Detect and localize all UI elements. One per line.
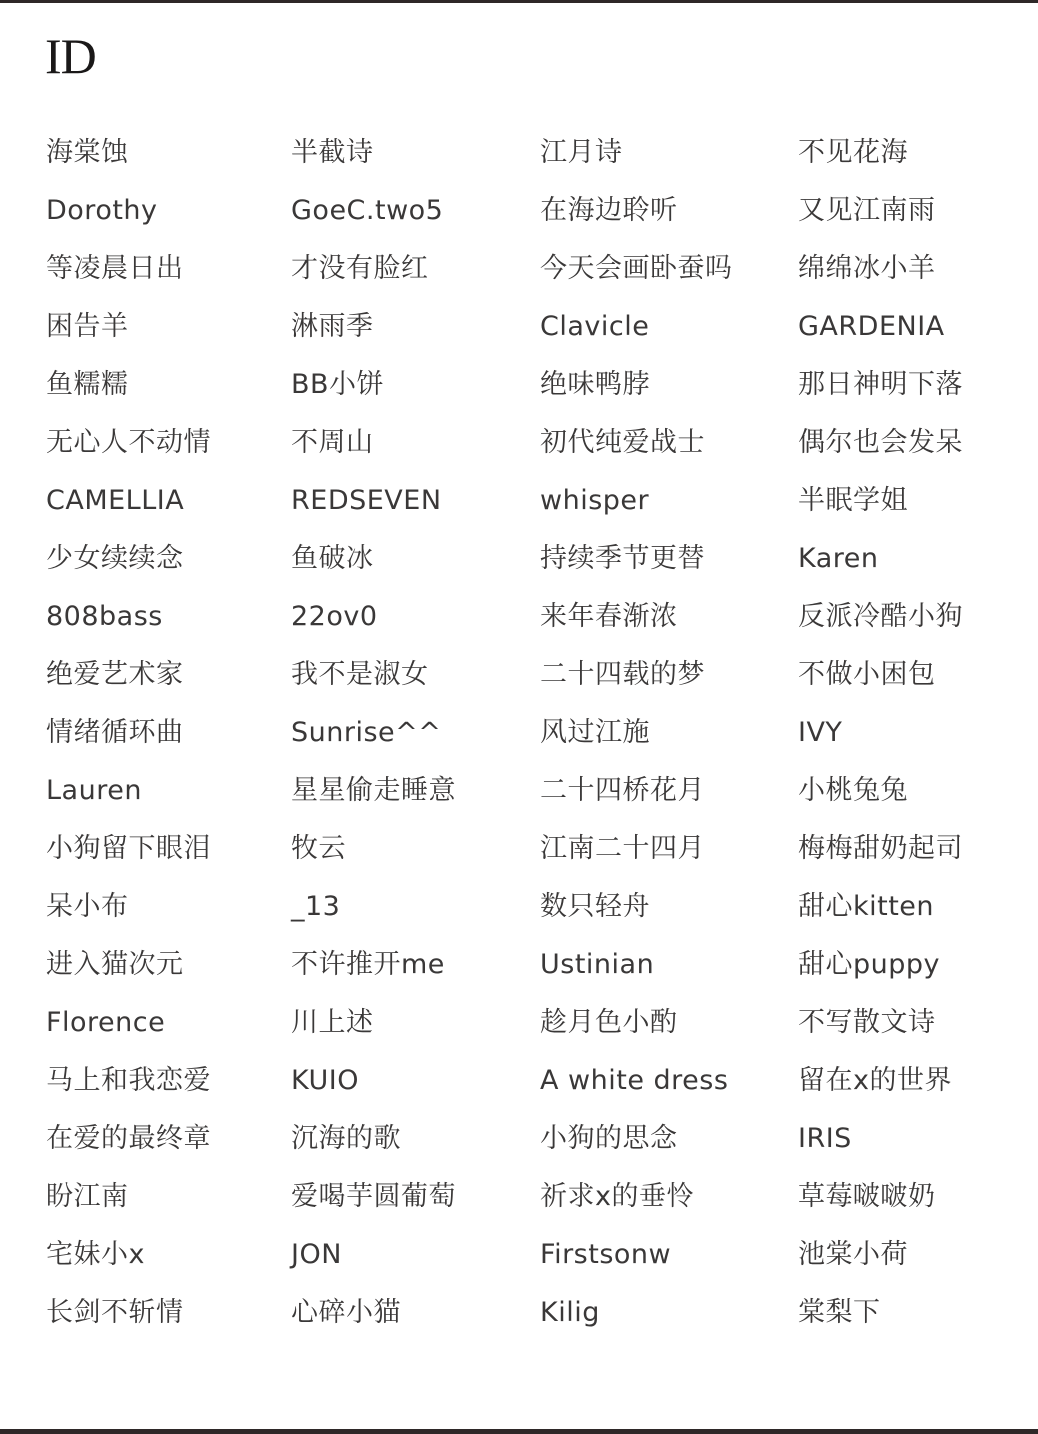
- id-name: 等凌晨日出: [46, 249, 184, 289]
- id-name: 小狗留下眼泪: [46, 829, 211, 869]
- table-row: 等凌晨日出 才没有脸红 今天会画卧蚕吗 绵绵冰小羊: [0, 249, 1038, 307]
- id-name: 在海边聆听: [540, 191, 678, 231]
- id-name: 数只轻舟: [540, 887, 650, 927]
- id-name: 二十四载的梦: [540, 655, 705, 695]
- id-name: A white dress: [540, 1061, 728, 1101]
- id-name: 宅妹小x: [46, 1235, 145, 1275]
- id-name: 不写散文诗: [798, 1003, 936, 1043]
- table-row: 呆小布 _13 数只轻舟 甜心kitten: [0, 887, 1038, 945]
- id-name: Karen: [798, 539, 879, 579]
- id-name: 梅梅甜奶起司: [798, 829, 963, 869]
- id-name: 趁月色小酌: [540, 1003, 678, 1043]
- table-row: 808bass 22ov0 来年春渐浓 反派冷酷小狗: [0, 597, 1038, 655]
- table-row: 困告羊 淋雨季 Clavicle GARDENIA: [0, 307, 1038, 365]
- id-name: 江南二十四月: [540, 829, 705, 869]
- id-name: 不许推开me: [291, 945, 445, 985]
- id-name: Clavicle: [540, 307, 649, 347]
- id-name: 祈求x的垂怜: [540, 1177, 694, 1217]
- table-row: 盼江南 爱喝芋圆葡萄 祈求x的垂怜 草莓啵啵奶: [0, 1177, 1038, 1235]
- id-name: 池棠小荷: [798, 1235, 908, 1275]
- id-name: 长剑不斩情: [46, 1293, 184, 1333]
- id-name: 爱喝芋圆葡萄: [291, 1177, 456, 1217]
- id-name: 持续季节更替: [540, 539, 705, 579]
- id-name: Ustinian: [540, 945, 654, 985]
- id-name: 甜心puppy: [798, 945, 940, 985]
- id-name: _13: [291, 887, 340, 927]
- id-name: whisper: [540, 481, 649, 521]
- id-name: CAMELLIA: [46, 481, 184, 521]
- id-name: GARDENIA: [798, 307, 945, 347]
- id-name: 半眠学姐: [798, 481, 908, 521]
- id-name: 我不是淑女: [291, 655, 429, 695]
- id-name: 牧云: [291, 829, 346, 869]
- id-name: 马上和我恋爱: [46, 1061, 211, 1101]
- table-row: 无心人不动情 不周山 初代纯爱战士 偶尔也会发呆: [0, 423, 1038, 481]
- table-row: Florence 川上述 趁月色小酌 不写散文诗: [0, 1003, 1038, 1061]
- table-row: 进入猫次元 不许推开me Ustinian 甜心puppy: [0, 945, 1038, 1003]
- id-name: Lauren: [46, 771, 142, 811]
- id-name: 棠梨下: [798, 1293, 881, 1333]
- id-name: 22ov0: [291, 597, 378, 637]
- id-name: 甜心kitten: [798, 887, 934, 927]
- id-name: 川上述: [291, 1003, 374, 1043]
- id-name: Kilig: [540, 1293, 600, 1333]
- id-name: 反派冷酷小狗: [798, 597, 963, 637]
- id-name: GoeC.two5: [291, 191, 443, 231]
- table-row: 小狗留下眼泪 牧云 江南二十四月 梅梅甜奶起司: [0, 829, 1038, 887]
- id-name: 绵绵冰小羊: [798, 249, 936, 289]
- id-name: 草莓啵啵奶: [798, 1177, 936, 1217]
- id-name: 留在x的世界: [798, 1061, 952, 1101]
- page-title: ID: [45, 26, 96, 86]
- id-name: 海棠蚀: [46, 133, 129, 173]
- id-name: IRIS: [798, 1119, 852, 1159]
- id-name: 来年春渐浓: [540, 597, 678, 637]
- id-name: 不周山: [291, 423, 374, 463]
- id-name: 困告羊: [46, 307, 129, 347]
- table-row: Lauren 星星偷走睡意 二十四桥花月 小桃兔兔: [0, 771, 1038, 829]
- id-name: REDSEVEN: [291, 481, 442, 521]
- table-row: Dorothy GoeC.two5 在海边聆听 又见江南雨: [0, 191, 1038, 249]
- table-row: CAMELLIA REDSEVEN whisper 半眠学姐: [0, 481, 1038, 539]
- id-name: 小桃兔兔: [798, 771, 908, 811]
- id-name: 鱼糯糯: [46, 365, 129, 405]
- table-row: 少女续续念 鱼破冰 持续季节更替 Karen: [0, 539, 1038, 597]
- id-name: 进入猫次元: [46, 945, 184, 985]
- id-name: 半截诗: [291, 133, 374, 173]
- id-name: Florence: [46, 1003, 165, 1043]
- table-row: 长剑不斩情 心碎小猫 Kilig 棠梨下: [0, 1293, 1038, 1351]
- id-name: Sunrise^^: [291, 713, 441, 753]
- id-name: 偶尔也会发呆: [798, 423, 963, 463]
- table-row: 绝爱艺术家 我不是淑女 二十四载的梦 不做小困包: [0, 655, 1038, 713]
- id-name: 初代纯爱战士: [540, 423, 705, 463]
- id-name: 那日神明下落: [798, 365, 963, 405]
- id-name: Dorothy: [46, 191, 158, 231]
- id-name: 无心人不动情: [46, 423, 211, 463]
- id-name: KUIO: [291, 1061, 359, 1101]
- id-name: 江月诗: [540, 133, 623, 173]
- id-name: 不做小困包: [798, 655, 936, 695]
- top-border-bar: [0, 0, 1038, 3]
- table-row: 马上和我恋爱 KUIO A white dress 留在x的世界: [0, 1061, 1038, 1119]
- id-name: 少女续续念: [46, 539, 184, 579]
- bottom-border-bar: [0, 1429, 1038, 1434]
- id-name: JON: [291, 1235, 342, 1275]
- id-name: 风过江施: [540, 713, 650, 753]
- table-row: 宅妹小x JON Firstsonw 池棠小荷: [0, 1235, 1038, 1293]
- table-row: 海棠蚀 半截诗 江月诗 不见花海: [0, 133, 1038, 191]
- id-name: 盼江南: [46, 1177, 129, 1217]
- id-name: 二十四桥花月: [540, 771, 705, 811]
- id-name: 呆小布: [46, 887, 129, 927]
- id-name: 鱼破冰: [291, 539, 374, 579]
- id-name: Firstsonw: [540, 1235, 671, 1275]
- id-name: 在爱的最终章: [46, 1119, 211, 1159]
- id-name: 沉海的歌: [291, 1119, 401, 1159]
- id-name: 不见花海: [798, 133, 908, 173]
- id-name: 小狗的思念: [540, 1119, 678, 1159]
- id-name: 808bass: [46, 597, 163, 637]
- id-name: 星星偷走睡意: [291, 771, 456, 811]
- id-name: 才没有脸红: [291, 249, 429, 289]
- table-row: 在爱的最终章 沉海的歌 小狗的思念 IRIS: [0, 1119, 1038, 1177]
- id-name: 情绪循环曲: [46, 713, 184, 753]
- table-row: 鱼糯糯 BB小饼 绝味鸭脖 那日神明下落: [0, 365, 1038, 423]
- id-name: 绝爱艺术家: [46, 655, 184, 695]
- id-name: 心碎小猫: [291, 1293, 401, 1333]
- table-row: 情绪循环曲 Sunrise^^ 风过江施 IVY: [0, 713, 1038, 771]
- id-name: 又见江南雨: [798, 191, 936, 231]
- id-name: BB小饼: [291, 365, 384, 405]
- id-name: 绝味鸭脖: [540, 365, 650, 405]
- id-name-grid: 海棠蚀 半截诗 江月诗 不见花海 Dorothy GoeC.two5 在海边聆听…: [0, 133, 1038, 1351]
- id-name: IVY: [798, 713, 842, 753]
- id-name: 今天会画卧蚕吗: [540, 249, 733, 289]
- id-name: 淋雨季: [291, 307, 374, 347]
